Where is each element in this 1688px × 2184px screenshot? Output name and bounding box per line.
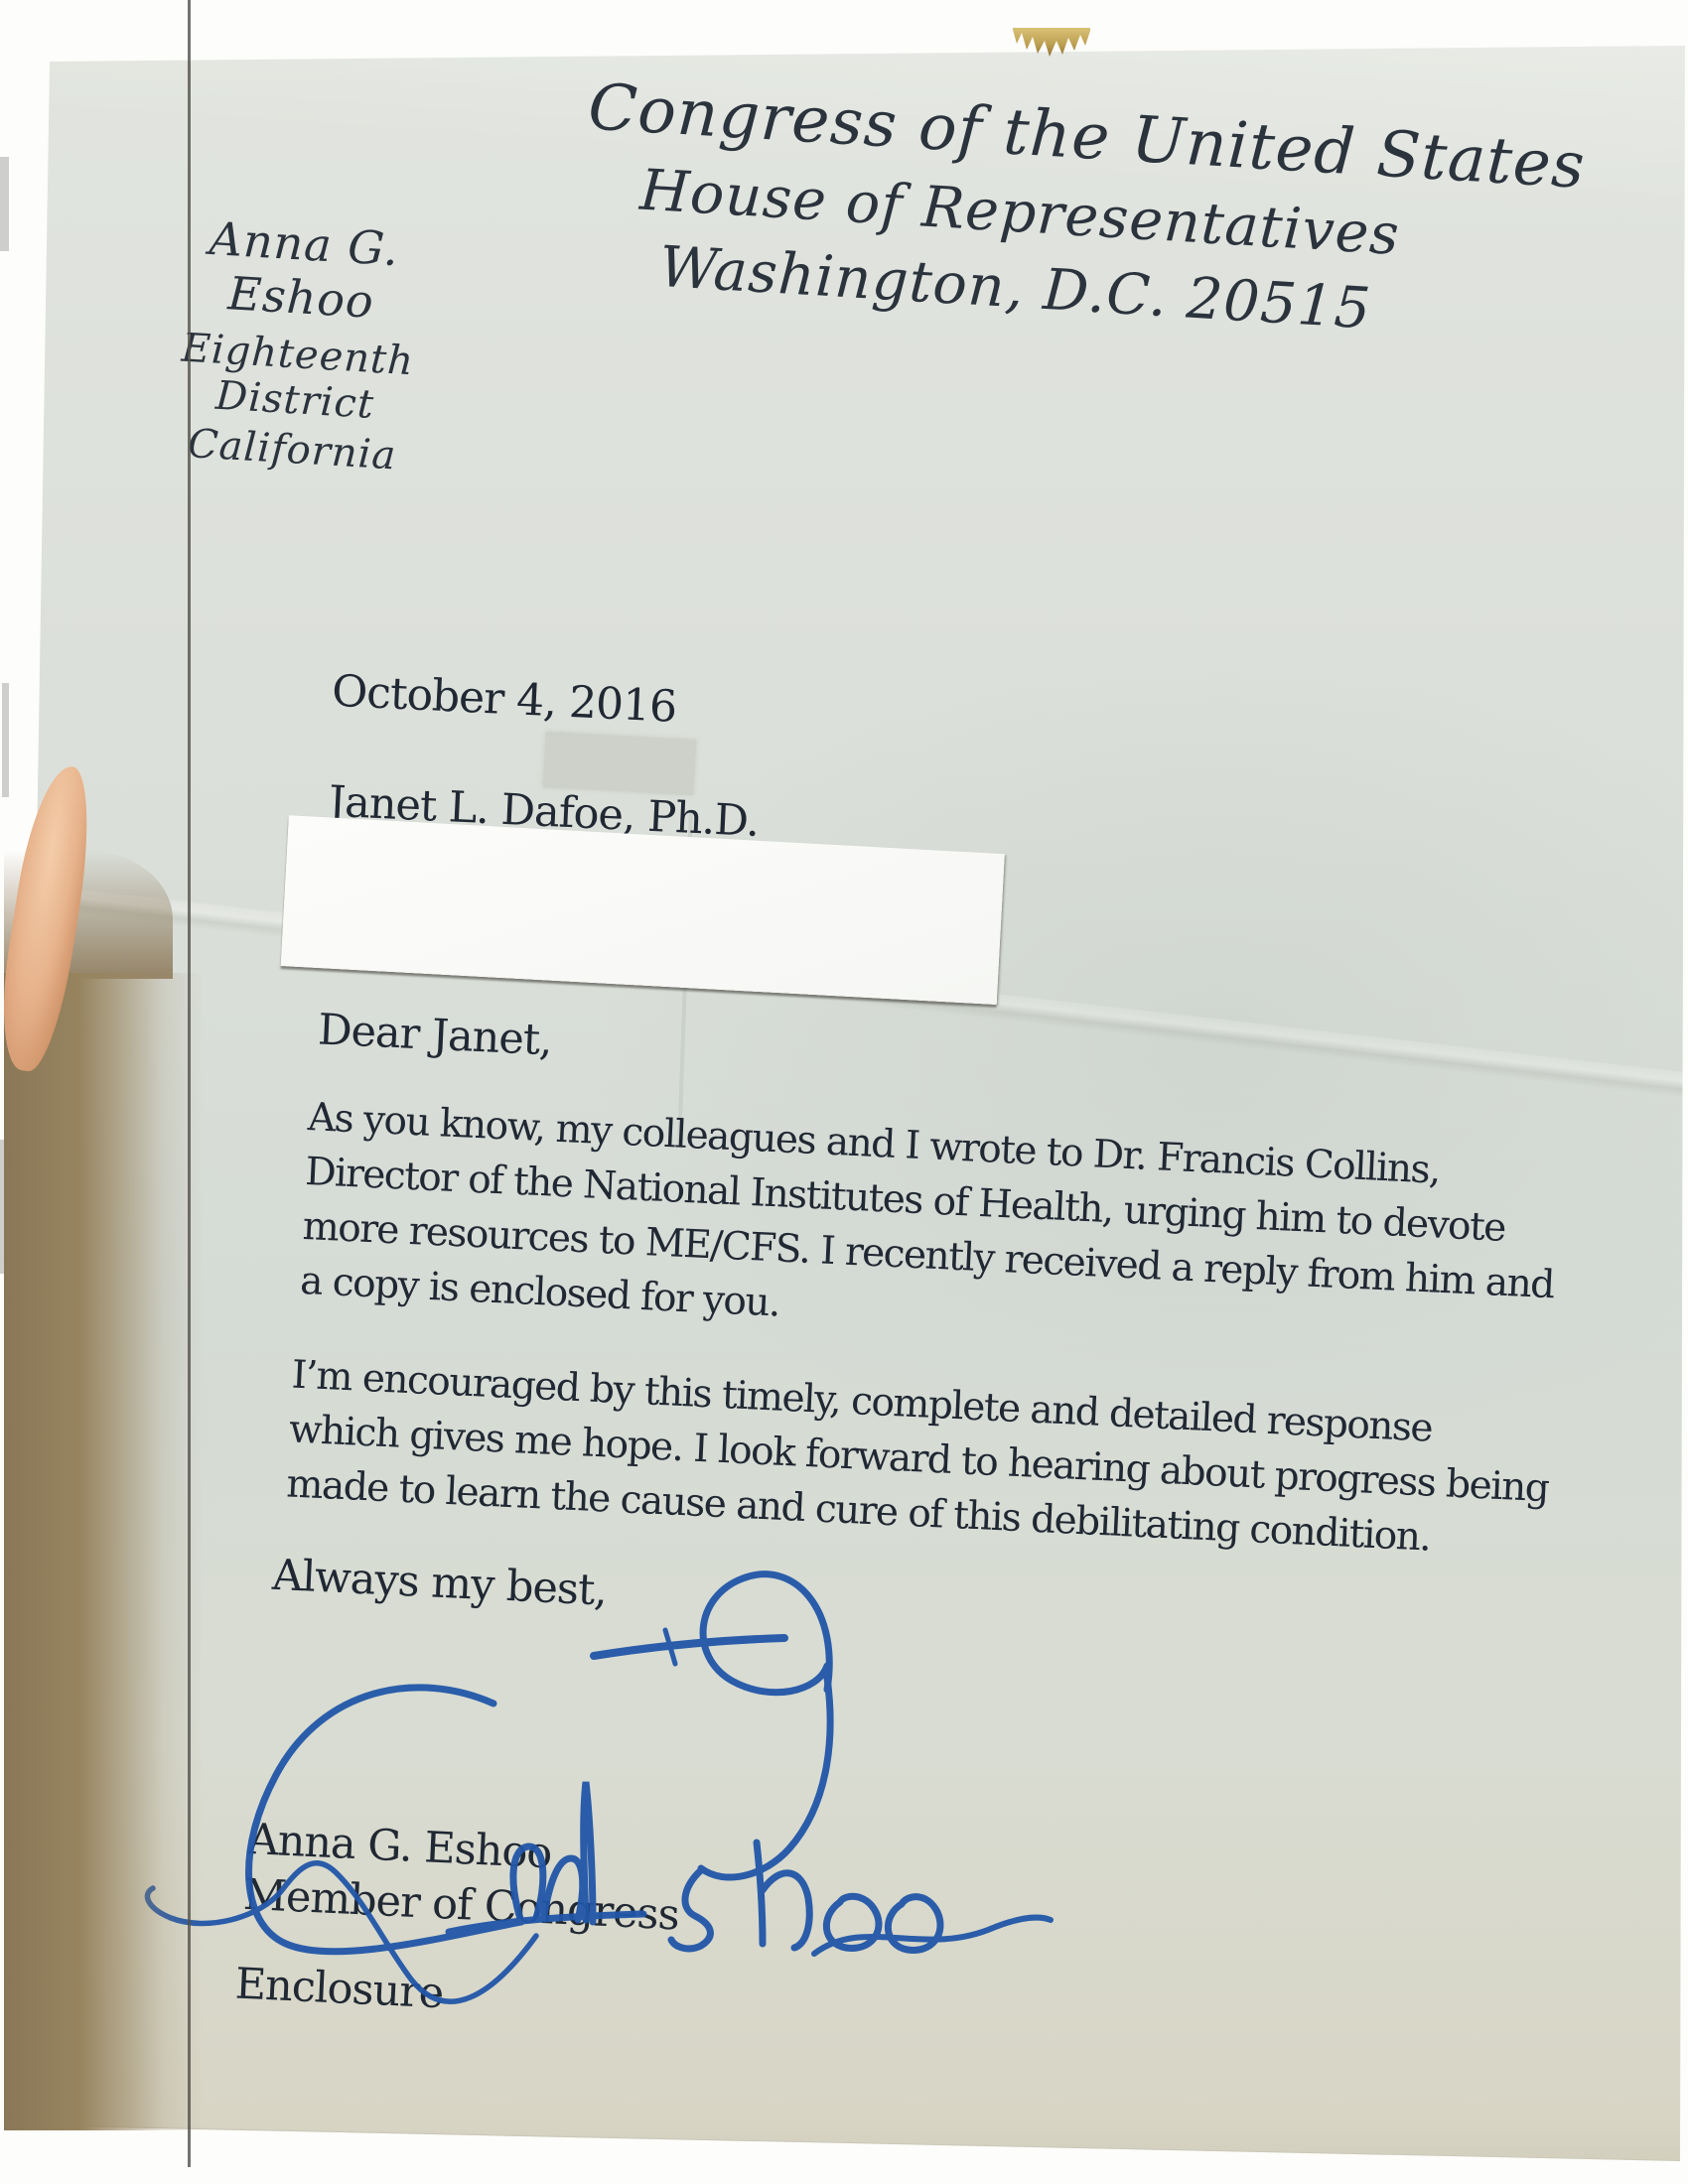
- handwritten-signature: [0, 0, 1688, 2184]
- scanned-letter-photo: Anna G. Eshoo Eighteenth District Califo…: [0, 0, 1688, 2184]
- scan-fold-line: [188, 0, 191, 2167]
- background-shadow-column: [4, 973, 203, 2130]
